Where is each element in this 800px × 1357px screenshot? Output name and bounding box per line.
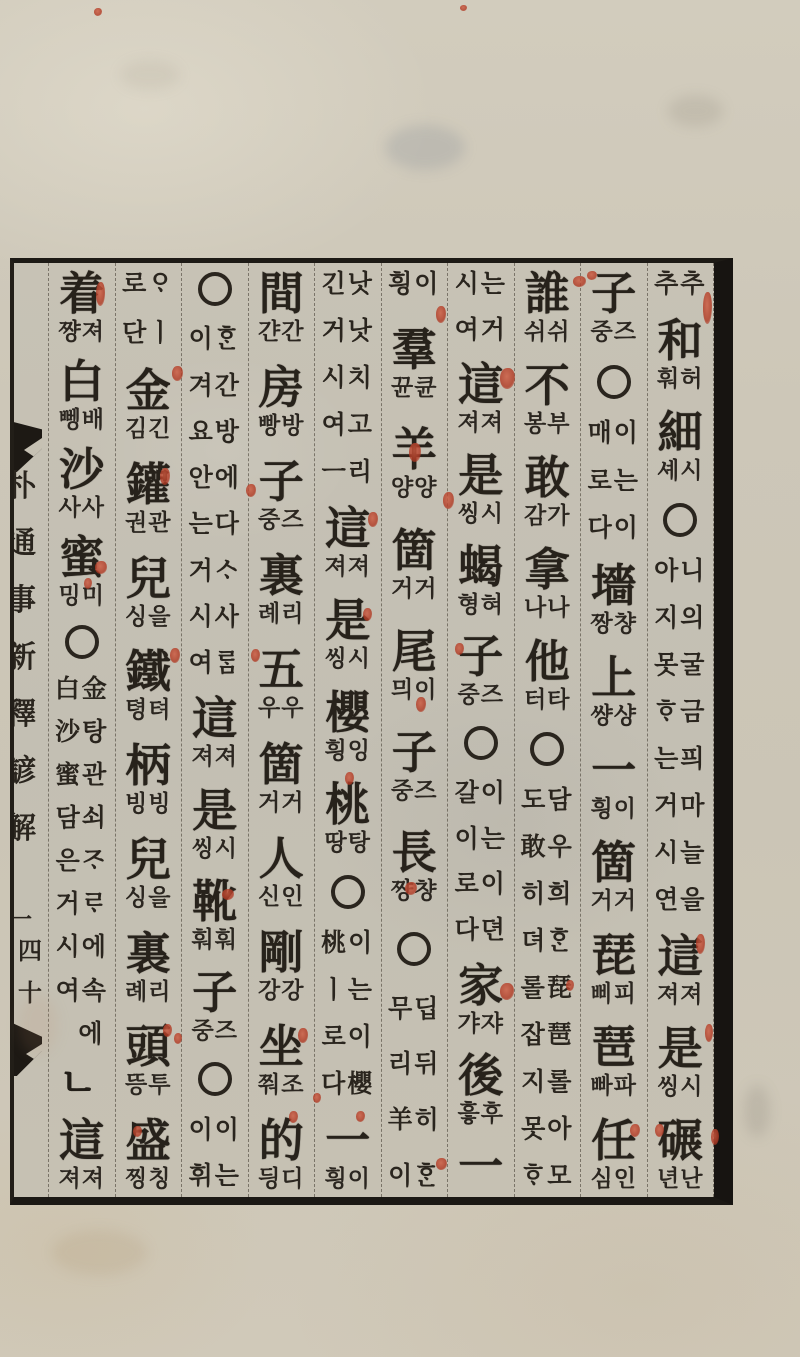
text-block-frame: 추추和훠허細셰시아니지의못굴ᄒᆞ금는픠거마시늘연을這져져是씽시碾년난子중즈매이로… <box>10 258 733 1205</box>
hanzi: 裏 <box>125 929 171 979</box>
hanzi-group: 誰쉬쉬 <box>524 269 570 345</box>
hangul-gloss: 힁이 <box>591 796 637 822</box>
hanzi-group: 箇거거 <box>391 526 437 602</box>
hangul-gloss: 텽텨 <box>125 697 171 723</box>
hanzi: 子 <box>458 632 504 682</box>
col-8: 이ᄒᆞᆫ겨간요방안에는다거ᄉᆞ시사여ᄅᆞᆷ這져져是씽시靴훠훠子중즈이이휘는 <box>182 263 249 1197</box>
hanzi: 箇 <box>258 740 304 790</box>
hangul-gloss: 중즈 <box>591 319 637 345</box>
hangul-gloss: 뼁배 <box>59 407 105 433</box>
hanzi: 子 <box>391 728 437 778</box>
translation-pair: 시늘 <box>654 838 706 869</box>
hanzi: 是 <box>458 451 504 501</box>
fishtail-notch <box>24 438 42 462</box>
hanzi: 盛 <box>125 1116 171 1166</box>
hanzi-group: 桃땅탕 <box>325 780 371 856</box>
hanzi-group: 尾믜이 <box>391 627 437 703</box>
translation-pair: 추추 <box>654 269 706 300</box>
hanzi: 羣 <box>391 325 437 375</box>
hanzi: 白 <box>59 357 105 407</box>
translation-pair: 거ᄅᆞ <box>56 889 108 920</box>
hanzi-group: 琶빠파 <box>591 1023 637 1099</box>
translation-pair: 白金 <box>55 674 109 705</box>
hanzi-group: 敢감가 <box>524 453 570 529</box>
hanzi: 櫻 <box>325 688 371 738</box>
hanzi-group: 房빵방 <box>258 363 304 439</box>
paper-stain <box>52 1230 147 1275</box>
translation-pair: 羊히 <box>388 1105 441 1136</box>
hangul-gloss: 권관 <box>125 510 171 536</box>
hanzi-group: 一힁이 <box>591 746 637 822</box>
hangul-gloss: 딍디 <box>258 1166 304 1192</box>
hanzi-group: 着쨩져 <box>59 269 105 345</box>
gutter-title-char: 新 <box>14 632 41 676</box>
paper-stain <box>18 995 58 1055</box>
hanzi: 上 <box>591 653 637 703</box>
translation-pair: 갈이 <box>455 778 507 809</box>
hangul-gloss: 형혀 <box>458 592 504 618</box>
translation-pair: 지롤 <box>521 1067 573 1098</box>
hangul-gloss: 빙빙 <box>125 791 171 817</box>
hanzi: 和 <box>657 316 703 366</box>
hanzi: 尾 <box>391 627 437 677</box>
hangul-gloss: 쭤조 <box>258 1072 304 1098</box>
hangul-gloss: 땅탕 <box>325 830 371 856</box>
hanzi-group: 間갼간 <box>258 269 304 345</box>
hangul-gloss: 씽시 <box>458 501 504 527</box>
hanzi: 箇 <box>591 838 637 888</box>
paper-stain <box>668 95 723 127</box>
hangul-gloss: 중즈 <box>258 507 304 533</box>
hanzi: 一 <box>591 746 637 796</box>
hanzi: 蝎 <box>458 542 504 592</box>
hangul-gloss: 중즈 <box>458 682 504 708</box>
col-6: 긴낫거낫시치여고ㅡ리這져져是씽시櫻힁잉桃땅탕桃이ㅣ는로이다櫻一힁이 <box>315 263 382 1197</box>
hangul-gloss: 훠훠 <box>192 927 238 953</box>
paper-stain <box>385 125 465 170</box>
section-circle <box>331 875 365 909</box>
translation-pair: 다뎐 <box>455 915 507 946</box>
hanzi-group: 後흫후 <box>458 1051 504 1127</box>
hanzi: 任 <box>591 1116 637 1166</box>
translation-pair: 못굴 <box>654 650 706 681</box>
hanzi-group: 箇거거 <box>258 740 304 816</box>
translation-pair: 담쇠 <box>56 803 108 834</box>
translation-pair: 힁이 <box>388 269 440 300</box>
hanzi: 這 <box>458 360 504 410</box>
hangul-gloss: 년난 <box>657 1166 703 1192</box>
translation-pair: 蜜관 <box>55 760 108 791</box>
translation-pair: 이ᄒᆞᆫ <box>189 324 241 355</box>
hanzi: 間 <box>258 269 304 319</box>
hangul-gloss: 우우 <box>258 695 304 721</box>
translation-pair: 거마 <box>654 791 706 822</box>
hanzi: 人 <box>258 834 304 884</box>
hanzi: 兒 <box>125 835 171 885</box>
section-circle <box>597 365 631 399</box>
hangul-gloss: 져져 <box>657 982 703 1008</box>
translation-single: 에 <box>78 1019 102 1050</box>
hangul-gloss: 뜽투 <box>125 1072 171 1098</box>
hanzi-group: 是씽시 <box>192 786 238 862</box>
section-circle <box>198 1062 232 1096</box>
hanzi-group: 是씽시 <box>458 451 504 527</box>
hanzi: 柄 <box>125 741 171 791</box>
hangul-gloss: 힁잉 <box>325 738 371 764</box>
hanzi-group: 櫻힁잉 <box>325 688 371 764</box>
hangul-gloss: 져져 <box>458 410 504 436</box>
translation-pair: 이는 <box>455 824 507 855</box>
hanzi: 琵 <box>591 931 637 981</box>
hangul-gloss: 믜이 <box>391 677 437 703</box>
hanzi-group: 子중즈 <box>591 269 637 345</box>
hanzi-group: 羣뀬큔 <box>391 325 437 401</box>
hanzi: 一 <box>458 1142 503 1192</box>
hanzi-group: 這져져 <box>458 360 504 436</box>
hanzi-group: 不봉부 <box>524 361 570 437</box>
hangul-gloss: 중즈 <box>192 1018 238 1044</box>
hanzi: 剛 <box>258 928 304 978</box>
hanzi-group: 裏례리 <box>258 551 304 627</box>
section-circle <box>198 272 232 306</box>
hanzi-group: 沙사사 <box>59 445 105 521</box>
gutter-title-char: 釋 <box>14 689 41 733</box>
translation-pair: 시치 <box>322 363 374 394</box>
hanzi: 敢 <box>524 453 570 503</box>
hangul-gloss: 중즈 <box>391 778 437 804</box>
hanzi-group: 上썅샹 <box>591 653 637 729</box>
hangul-gloss: 갼간 <box>258 319 304 345</box>
hangul-gloss: 터타 <box>524 687 570 713</box>
hanzi-group: 剛강강 <box>258 928 304 1004</box>
section-circle <box>663 503 697 537</box>
hanzi-group: 五우우 <box>258 645 304 721</box>
hanzi: 靴 <box>192 877 238 927</box>
hanzi: 一 <box>325 1116 371 1166</box>
hanzi-group: 盛찡칭 <box>125 1116 171 1192</box>
hanzi-group: 家갸쟈 <box>458 961 504 1037</box>
translation-pair: 시사 <box>189 602 241 633</box>
hanzi-group: 墻짱챵 <box>591 561 637 637</box>
hanzi-group: 白뼁배 <box>59 357 105 433</box>
translation-pair: 로는 <box>588 466 640 497</box>
hanzi-group: 鐵텽텨 <box>125 647 171 723</box>
section-circle <box>397 932 431 966</box>
hanzi: 桃 <box>325 780 371 830</box>
hanzi: 後 <box>458 1051 504 1101</box>
gutter-title-char: 解 <box>14 803 41 847</box>
hanzi: 拿 <box>524 545 570 595</box>
text-columns: 추추和훠허細셰시아니지의못굴ᄒᆞ금는픠거마시늘연을這져져是씽시碾년난子중즈매이로… <box>14 263 714 1197</box>
hangul-gloss: 씽시 <box>192 836 238 862</box>
hanzi: 裏 <box>258 551 304 601</box>
vermilion-mark <box>460 5 467 11</box>
translation-pair: 리뒤 <box>388 1049 440 1080</box>
hangul-gloss: 쉬쉬 <box>524 319 570 345</box>
translation-pair: 요방 <box>189 417 241 448</box>
translation-pair: 휘는 <box>189 1161 241 1192</box>
hanzi-group: 一힁이 <box>325 1116 371 1192</box>
col-2: 子중즈매이로는다이墻짱챵上썅샹一힁이箇거거琵삐피琶빠파任심인 <box>581 263 648 1197</box>
translation-pair: 로이 <box>322 1022 374 1053</box>
hangul-gloss: 썅샹 <box>591 703 637 729</box>
hanzi: 的 <box>258 1116 304 1166</box>
translation-pair: 여ᄅᆞᆷ <box>189 648 241 679</box>
hanzi-group: 是씽시 <box>325 596 371 672</box>
hangul-gloss: 싱을 <box>125 604 171 630</box>
paper-stain <box>120 60 180 90</box>
translation-pair: 안에 <box>189 463 241 494</box>
hangul-gloss: 거거 <box>258 790 304 816</box>
hanzi-group: 兒싱을 <box>125 554 171 630</box>
hanzi: 子 <box>591 269 637 319</box>
hanzi-group: 他터타 <box>524 637 570 713</box>
translation-pair: 뎌ᄒᆞᆫ <box>521 926 573 957</box>
gutter-title-char: 朴 <box>14 461 41 505</box>
hanzi-group: 靴훠훠 <box>192 877 238 953</box>
hangul-gloss: 훠허 <box>657 366 703 392</box>
hangul-gloss: 갸쟈 <box>458 1011 504 1037</box>
hanzi: 沙 <box>59 445 105 495</box>
hanzi: 家 <box>458 961 504 1011</box>
hangul-gloss: 져져 <box>325 554 371 580</box>
hanzi: 箇 <box>391 526 437 576</box>
large-jamo: ㄴ <box>59 1062 98 1104</box>
hanzi: 誰 <box>524 269 570 319</box>
translation-pair: 다櫻 <box>321 1069 374 1100</box>
hangul-gloss: 거거 <box>391 576 437 602</box>
translation-pair: ㅡ리 <box>322 457 374 488</box>
hanzi-group: 一 <box>458 1142 503 1192</box>
volume-char: 一 <box>14 903 41 934</box>
hanzi-group: 這져져 <box>192 694 238 770</box>
hanzi: 長 <box>391 828 437 878</box>
hangul-gloss: 감가 <box>524 503 570 529</box>
hangul-gloss: 힁이 <box>325 1166 371 1192</box>
col-5: 힁이羣뀬큔羊양양箇거거尾믜이子중즈長쨩챵무딥리뒤羊히이ᄒᆞᆫ <box>382 263 449 1197</box>
translation-pair: 다이 <box>588 513 640 544</box>
translation-pair: 무딥 <box>388 994 440 1025</box>
hanzi-group: 拿나나 <box>524 545 570 621</box>
translation-pair: 桃이 <box>321 928 374 959</box>
translation-pair: 지의 <box>654 603 706 634</box>
hangul-gloss: 심인 <box>591 1166 637 1192</box>
page-number-char: 四 <box>15 931 45 966</box>
hanzi-group: 裏례리 <box>125 929 171 1005</box>
hanzi-group: 羊양양 <box>391 425 437 501</box>
translation-pair: ㅣ는 <box>322 975 374 1006</box>
hanzi-group: 琵삐피 <box>591 931 637 1007</box>
hangul-gloss: 찡칭 <box>125 1166 171 1192</box>
translation-pair: 연을 <box>654 885 706 916</box>
translation-pair: 겨간 <box>189 371 241 402</box>
hanzi: 是 <box>657 1024 703 1074</box>
translation-pair: ᄒᆞ모 <box>521 1161 573 1192</box>
hanzi-group: 的딍디 <box>258 1116 304 1192</box>
hanzi: 墻 <box>591 561 637 611</box>
hangul-gloss: 져져 <box>192 744 238 770</box>
translation-pair: 긴낫 <box>322 269 374 300</box>
hanzi: 這 <box>325 504 371 554</box>
col-4: 시는여거這져져是씽시蝎형혀子중즈갈이이는로이다뎐家갸쟈後흫후一 <box>448 263 515 1197</box>
hanzi: 兒 <box>125 554 171 604</box>
hangul-gloss: 밍미 <box>59 583 105 609</box>
gutter-title-char: 通 <box>14 518 41 562</box>
hanzi: 子 <box>192 968 238 1018</box>
hangul-gloss: 삐피 <box>591 981 637 1007</box>
hangul-gloss: 싱을 <box>125 885 171 911</box>
hanzi: 他 <box>524 637 570 687</box>
hanzi-group: 兒싱을 <box>125 835 171 911</box>
col-7: 間갼간房빵방子중즈裏례리五우우箇거거人신인剛강강坐쭤조的딍디 <box>249 263 316 1197</box>
gutter-title-char: 事 <box>14 575 41 619</box>
hanzi: 細 <box>657 408 703 458</box>
hangul-gloss: 씽시 <box>325 646 371 672</box>
scanned-book-page: 추추和훠허細셰시아니지의못굴ᄒᆞ금는픠거마시늘연을這져져是씽시碾년난子중즈매이로… <box>0 0 800 1357</box>
hangul-gloss: 빵방 <box>258 413 304 439</box>
hanzi-group: 子중즈 <box>192 968 238 1044</box>
translation-pair: 도담 <box>521 785 573 816</box>
hanzi: 房 <box>258 363 304 413</box>
vermilion-mark <box>94 8 102 16</box>
gutter-strip: 朴通事新釋諺解 一 四十 <box>14 263 49 1197</box>
hangul-gloss: 양양 <box>391 475 437 501</box>
translation-pair: 시는 <box>455 269 507 300</box>
section-circle <box>65 625 99 659</box>
translation-pair: 여거 <box>455 315 507 346</box>
hanzi-group: 是씽시 <box>657 1024 703 1100</box>
hangul-gloss: 사사 <box>59 495 105 521</box>
hangul-gloss: 김긴 <box>125 416 171 442</box>
translation-pair: 매이 <box>588 418 640 449</box>
hangul-gloss: 거거 <box>591 888 637 914</box>
hangul-gloss: 쨩져 <box>59 319 105 345</box>
translation-pair: 시에 <box>56 932 108 963</box>
section-circle <box>464 726 498 760</box>
translation-pair: 은ᄌᆞ <box>56 846 108 877</box>
hangul-gloss: 져져 <box>59 1166 105 1192</box>
hangul-gloss: 씽시 <box>657 1074 703 1100</box>
hanzi: 鐵 <box>125 647 171 697</box>
hangul-gloss: 짱챵 <box>591 611 637 637</box>
translation-pair: 는다 <box>189 509 241 540</box>
translation-pair: 로ᄋᆞ <box>122 269 174 300</box>
hangul-gloss: 례리 <box>125 979 171 1005</box>
paper-stain <box>744 1085 770 1137</box>
translation-pair: 敢우 <box>521 832 574 863</box>
hanzi-group: 碾년난 <box>657 1116 703 1192</box>
hanzi-group: 箇거거 <box>591 838 637 914</box>
translation-pair: 히희 <box>521 879 573 910</box>
hangul-gloss: 강강 <box>258 978 304 1004</box>
translation-pair: 아니 <box>654 556 706 587</box>
hangul-gloss: 례리 <box>258 601 304 627</box>
col-3: 誰쉬쉬不봉부敢감가拿나나他터타도담敢우히희뎌ᄒᆞᆫ롤琵잡琶지롤못아ᄒᆞ모 <box>515 263 582 1197</box>
hanzi-group: 人신인 <box>258 834 304 910</box>
hanzi-group: 這져져 <box>59 1116 105 1192</box>
hanzi: 子 <box>258 457 304 507</box>
hanzi: 這 <box>192 694 238 744</box>
hangul-gloss: 흫후 <box>458 1101 504 1127</box>
hangul-gloss: 신인 <box>258 884 304 910</box>
translation-pair: 沙탕 <box>55 717 108 748</box>
hangul-gloss: 빠파 <box>591 1073 637 1099</box>
hanzi: 是 <box>325 596 371 646</box>
hanzi-group: 子중즈 <box>458 632 504 708</box>
translation-pair: 는픠 <box>654 744 706 775</box>
hanzi-group: 和훠허 <box>657 316 703 392</box>
hanzi: 五 <box>258 645 304 695</box>
col-10: 着쨩져白뼁배沙사사蜜밍미白金沙탕蜜관담쇠은ᄌᆞ거ᄅᆞ시에여속에ㄴ這져져 <box>49 263 116 1197</box>
hanzi-group: 蝎형혀 <box>458 542 504 618</box>
translation-pair: 단ㅣ <box>122 318 174 349</box>
hanzi: 蜜 <box>59 533 105 583</box>
section-circle <box>530 732 564 766</box>
hangul-gloss: 나나 <box>524 595 570 621</box>
hanzi-group: 金김긴 <box>125 366 171 442</box>
translation-pair: 로이 <box>455 869 507 900</box>
hanzi: 琶 <box>591 1023 637 1073</box>
hangul-gloss: 뀬큔 <box>391 375 437 401</box>
translation-pair: 여속 <box>56 976 108 1007</box>
hanzi-group: 這져져 <box>325 504 371 580</box>
translation-pair: 잡琶 <box>521 1020 574 1051</box>
hanzi-group: 子중즈 <box>258 457 304 533</box>
hanzi-group: 柄빙빙 <box>125 741 171 817</box>
col-9: 로ᄋᆞ단ㅣ金김긴鑵권관兒싱을鐵텽텨柄빙빙兒싱을裏례리頭뜽투盛찡칭 <box>116 263 183 1197</box>
hanzi: 金 <box>125 366 171 416</box>
translation-pair: 이이 <box>189 1115 241 1146</box>
hanzi: 不 <box>524 361 570 411</box>
hanzi-group: 子중즈 <box>391 728 437 804</box>
translation-pair: ᄒᆞ금 <box>654 697 706 728</box>
translation-pair: 여고 <box>322 410 374 441</box>
hanzi: 是 <box>192 786 238 836</box>
translation-pair: 못아 <box>521 1114 573 1145</box>
hanzi: 碾 <box>657 1116 703 1166</box>
translation-pair: 거ᄉᆞ <box>189 556 241 587</box>
col-1: 추추和훠허細셰시아니지의못굴ᄒᆞ금는픠거마시늘연을這져져是씽시碾년난 <box>648 263 715 1197</box>
hanzi-group: 細셰시 <box>657 408 703 484</box>
hangul-gloss: 봉부 <box>524 411 570 437</box>
hanzi: 坐 <box>258 1022 304 1072</box>
gutter-title-char: 諺 <box>14 746 41 790</box>
translation-pair: 거낫 <box>322 316 374 347</box>
hangul-gloss: 셰시 <box>657 458 703 484</box>
translation-pair: 이ᄒᆞᆫ <box>388 1161 440 1192</box>
hanzi: 這 <box>59 1116 105 1166</box>
